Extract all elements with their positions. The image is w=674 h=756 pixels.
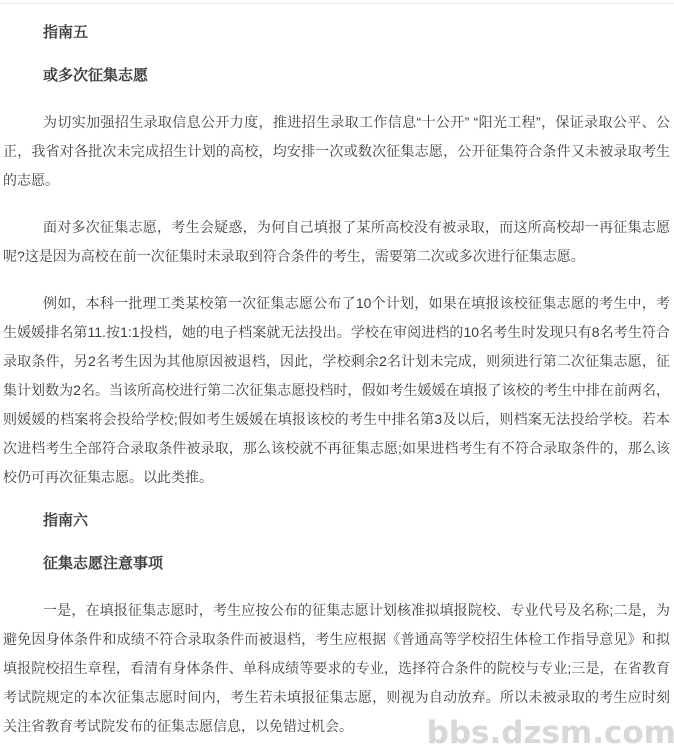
section-heading: 征集志愿注意事项 xyxy=(3,549,670,578)
section-heading: 指南六 xyxy=(3,506,670,535)
body-paragraph: 为切实加强招生录取信息公开力度，推进招生录取工作信息“十公开” “阳光工程”，保… xyxy=(3,108,670,195)
site-watermark: bbs.dzsm.com xyxy=(427,715,674,751)
article-page: 指南五或多次征集志愿为切实加强招生录取信息公开力度，推进招生录取工作信息“十公开… xyxy=(0,0,674,756)
body-paragraph: 面对多次征集志愿，考生会疑惑，为何自己填报了某所高校没有被录取，而这所高校却一再… xyxy=(3,213,670,271)
section-heading: 或多次征集志愿 xyxy=(3,61,670,90)
body-paragraph: 例如，本科一批理工类某校第一次征集志愿公布了10个计划，如果在填报该校征集志愿的… xyxy=(3,289,670,492)
section-heading: 指南五 xyxy=(3,18,670,47)
article-content: 指南五或多次征集志愿为切实加强招生录取信息公开力度，推进招生录取工作信息“十公开… xyxy=(0,4,674,741)
